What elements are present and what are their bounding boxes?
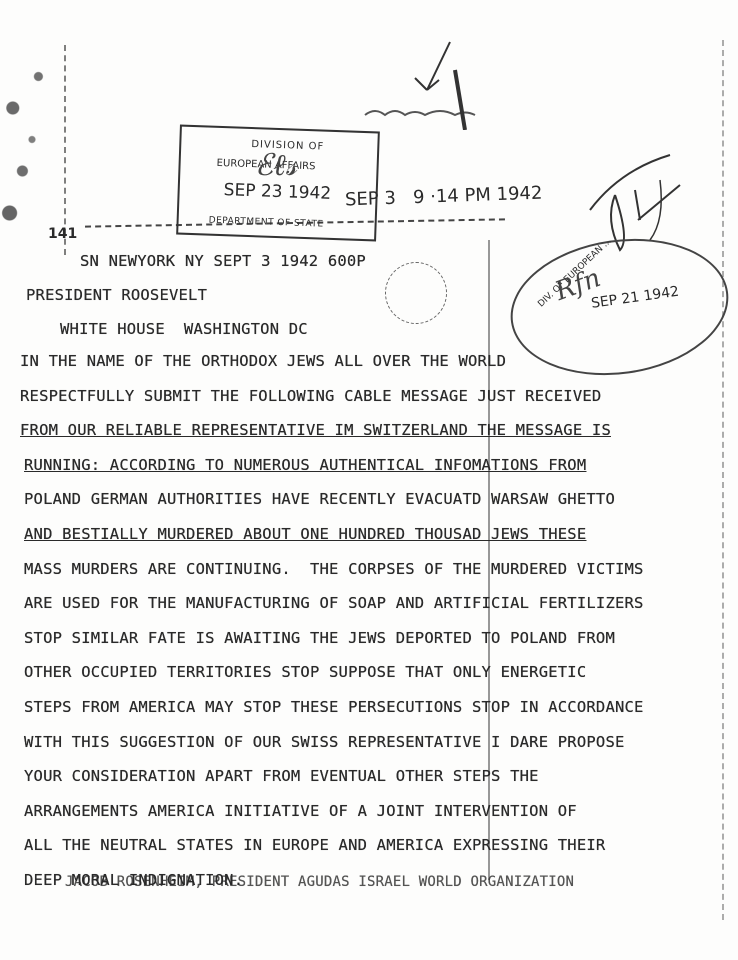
- telegram-page: 141 DIVISION OF EUROPEAN AFFAIRS SEP 23 …: [0, 0, 738, 960]
- body-line: STEPS FROM AMERICA MAY STOP THESE PERSEC…: [24, 698, 644, 716]
- body-line: ARE USED FOR THE MANUFACTURING OF SOAP A…: [24, 594, 644, 612]
- handwritten-notes: [345, 60, 515, 130]
- body-line: STOP SIMILAR FATE IS AWAITING THE JEWS D…: [24, 629, 615, 647]
- body-line: POLAND GERMAN AUTHORITIES HAVE RECENTLY …: [24, 490, 615, 508]
- body-line: WITH THIS SUGGESTION OF OUR SWISS REPRES…: [24, 733, 625, 751]
- body-line: RUNNING: ACCORDING TO NUMEROUS AUTHENTIC…: [24, 456, 586, 474]
- circular-stamp: [385, 262, 447, 324]
- stamp-date: SEP 23 1942: [223, 180, 331, 204]
- header-origin: SN NEWYORK NY SEPT 3 1942 600P: [80, 252, 366, 270]
- header-address: WHITE HOUSE WASHINGTON DC: [60, 320, 308, 338]
- body-line: FROM OUR RELIABLE REPRESENTATIVE IM SWIT…: [20, 421, 611, 439]
- oval-date-stamp: DIV. OF EUROPEAN ... SEP 21 1942: [502, 225, 738, 388]
- header-recipient: PRESIDENT ROOSEVELT: [26, 286, 207, 304]
- scan-edge-noise: [0, 45, 66, 255]
- body-line: ALL THE NEUTRAL STATES IN EUROPE AND AME…: [24, 836, 605, 854]
- signature-scribble: ℰℓ𝓈: [255, 148, 297, 183]
- body-line: MASS MURDERS ARE CONTINUING. THE CORPSES…: [24, 560, 644, 578]
- page-marker: 141: [48, 226, 77, 242]
- body-line: AND BESTIALLY MURDERED ABOUT ONE HUNDRED…: [24, 525, 586, 543]
- stamp-department: DEPARTMENT OF STATE: [208, 216, 323, 230]
- body-line: ARRANGEMENTS AMERICA INITIATIVE OF A JOI…: [24, 802, 577, 820]
- department-of-state-stamp: DIVISION OF EUROPEAN AFFAIRS SEP 23 1942…: [176, 125, 380, 242]
- body-line: IN THE NAME OF THE ORTHODOX JEWS ALL OVE…: [20, 352, 506, 370]
- scan-edge-right: [722, 40, 734, 920]
- body-line: OTHER OCCUPIED TERRITORIES STOP SUPPOSE …: [24, 663, 586, 681]
- body-line: YOUR CONSIDERATION APART FROM EVENTUAL O…: [24, 767, 539, 785]
- body-line: RESPECTFULLY SUBMIT THE FOLLOWING CABLE …: [20, 387, 601, 405]
- signature-line: JACOB ROSENHEIM, PRESIDENT AGUDAS ISRAEL…: [65, 874, 574, 890]
